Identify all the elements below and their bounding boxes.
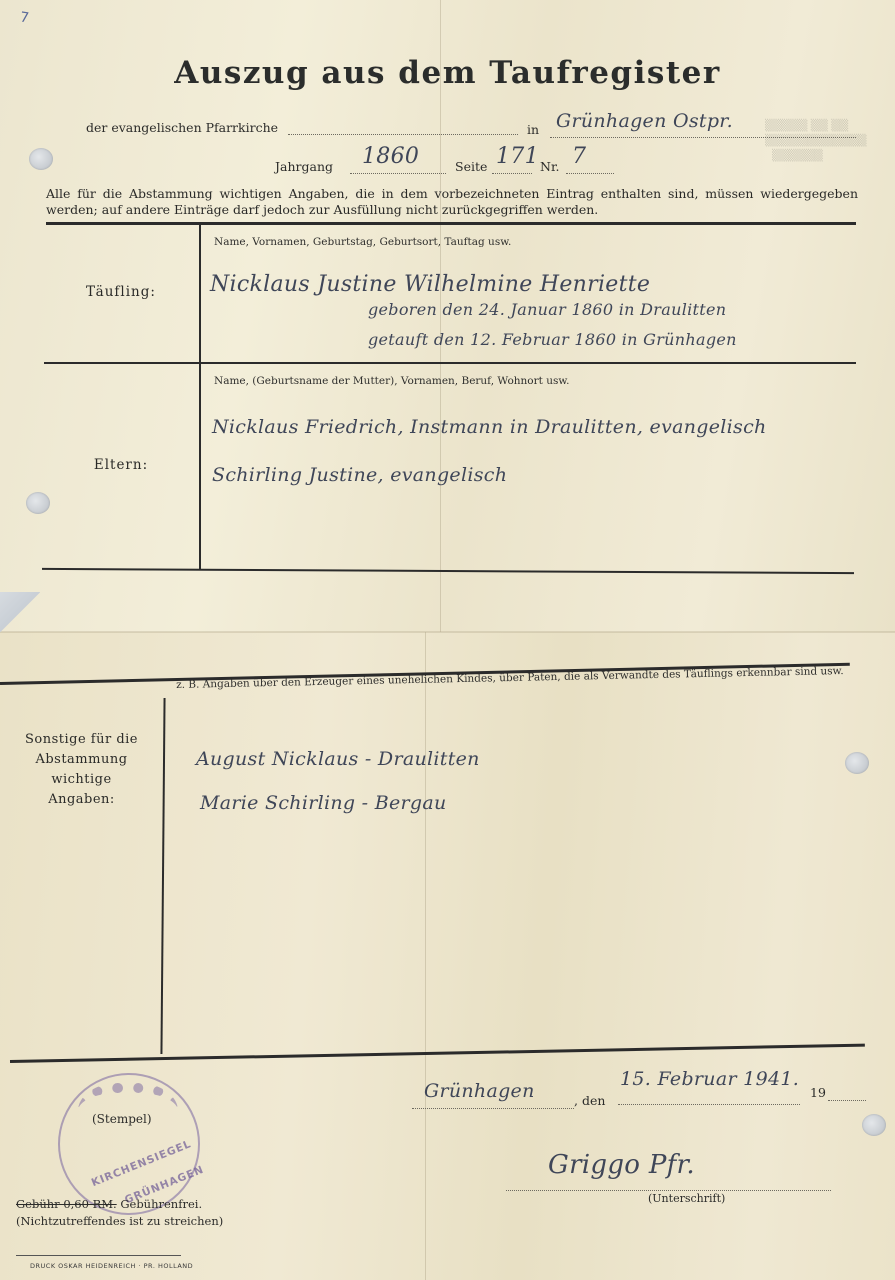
parents-hint: Name, (Geburtsname der Mutter), Vornamen… <box>214 375 569 387</box>
printer-rule <box>16 1255 181 1256</box>
footer-date-handwritten: 15. Februar 1941. <box>620 1068 799 1090</box>
signature-dotted-line <box>506 1190 831 1191</box>
fold-line <box>425 632 426 1280</box>
table-column-divider <box>199 225 201 570</box>
other-info-label: Sonstige für die Abstammung wichtige Ang… <box>4 730 159 810</box>
torn-corner <box>0 592 40 632</box>
page-label: Seite <box>455 159 487 174</box>
other-info-label-line: Sonstige für die <box>4 730 159 750</box>
footer-place-dotted-line <box>412 1108 574 1109</box>
footer-date-dotted-line <box>618 1104 800 1105</box>
number-label: Nr. <box>540 159 560 174</box>
godparent-2-handwritten: Marie Schirling - Bergau <box>200 792 447 814</box>
place-dotted-line <box>550 137 856 138</box>
document-title: Auszug aus dem Taufregister <box>0 55 895 91</box>
year-value-handwritten: 1860 <box>362 144 419 169</box>
other-info-label-line: Abstammung wichtige <box>4 750 159 790</box>
fold-line <box>0 631 895 633</box>
baptized-name-handwritten: Nicklaus Justine Wilhelmine Henriette <box>210 272 650 297</box>
fee-note: Gebühr 0,60 RM. Gebührenfrei. (Nichtzutr… <box>16 1196 223 1230</box>
punch-hole <box>862 1114 886 1136</box>
footer-place-handwritten: Grünhagen <box>424 1080 535 1102</box>
punch-hole <box>29 148 53 170</box>
mother-handwritten: Schirling Justine, evangelisch <box>212 464 507 486</box>
godparent-1-handwritten: August Nicklaus - Draulitten <box>196 748 480 770</box>
church-label: der evangelischen Pfarrkirche <box>86 120 278 135</box>
fee-amount: Gebühr 0,60 RM. <box>16 1197 117 1211</box>
parents-label: Eltern: <box>46 457 196 473</box>
date-prefix: , den <box>574 1093 605 1108</box>
fee-strike-note: (Nichtzutreffendes ist zu streichen) <box>16 1213 223 1230</box>
baptized-label: Täufling: <box>46 284 196 300</box>
table-row-divider <box>44 362 856 364</box>
baptized-birth-handwritten: geboren den 24. Januar 1860 in Draulitte… <box>368 300 726 319</box>
signature-handwritten: Griggo Pfr. <box>548 1150 695 1180</box>
table-top-rule <box>46 222 856 225</box>
year-dotted-line <box>828 1100 866 1101</box>
church-seal-stamp: KIRCHENSIEGEL GRÜNHAGEN <box>58 1073 200 1215</box>
stamp-label: (Stempel) <box>92 1112 152 1126</box>
church-dotted-line <box>288 134 518 135</box>
father-handwritten: Nicklaus Friedrich, Instmann in Draulitt… <box>212 416 767 438</box>
fee-free: Gebührenfrei. <box>120 1197 202 1211</box>
baptized-baptism-handwritten: getauft den 12. Februar 1860 in Grünhage… <box>368 330 737 349</box>
page-dotted-line <box>492 173 532 174</box>
year-dotted-line <box>350 173 446 174</box>
other-info-label-line: Angaben: <box>4 790 159 810</box>
church-place-handwritten: Grünhagen Ostpr. <box>556 110 733 132</box>
punch-hole <box>845 752 869 774</box>
bleed-through-text: ▒▒▒▒▒ ▒▒ ▒▒▒▒▒▒▒▒▒▒▒▒▒▒ ▒▒▒▒▒▒ <box>765 118 867 163</box>
instructions-text: Alle für die Abstammung wichtigen Angabe… <box>46 186 858 218</box>
baptized-hint: Name, Vornamen, Geburtstag, Geburtsort, … <box>214 236 511 248</box>
punch-hole <box>26 492 50 514</box>
signature-label: (Unterschrift) <box>648 1192 725 1205</box>
year-label: Jahrgang <box>275 159 333 174</box>
number-value-handwritten: 7 <box>572 144 586 169</box>
year-prefix-label: 19 <box>810 1085 826 1100</box>
page-value-handwritten: 171 <box>496 144 539 169</box>
in-label: in <box>527 122 539 137</box>
number-dotted-line <box>566 173 614 174</box>
printer-imprint: DRUCK OSKAR HEIDENREICH · PR. HOLLAND <box>30 1262 193 1270</box>
